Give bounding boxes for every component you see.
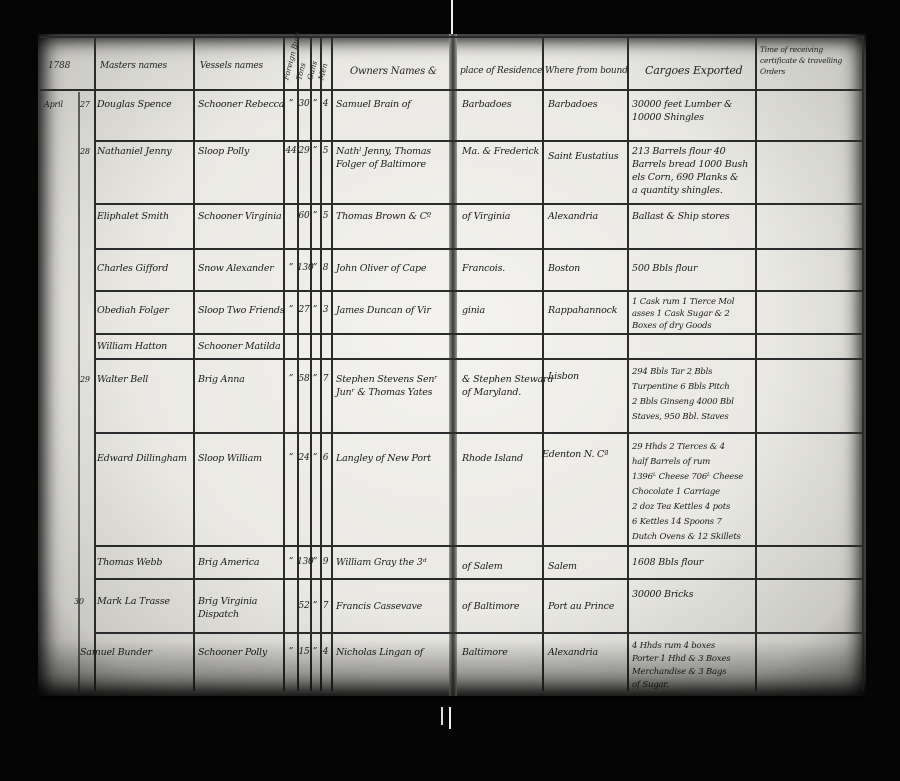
rule-right <box>862 36 864 691</box>
row-owners: Langley of New Port <box>336 452 431 465</box>
row-owners: James Duncan of Vir <box>336 304 431 317</box>
row-cargo: 213 Barrels flour 40 Barrels bread 1000 … <box>632 145 748 197</box>
row-owners: Nathˡ Jenny, Thomas Folger of Baltimore <box>336 145 431 171</box>
header-where-bound: Where from bound <box>545 65 628 78</box>
row-master: Walter Bell <box>97 373 148 386</box>
row-tons: 15 <box>298 646 310 659</box>
row-residence: Baltimore <box>462 646 508 659</box>
row-owners: John Oliver of Cape <box>336 262 426 275</box>
row-guns: ” <box>310 556 320 569</box>
row-tons: 60 <box>298 210 310 223</box>
row-built: ” <box>285 373 297 386</box>
rule-built <box>297 36 299 691</box>
row-built: ” <box>285 646 297 659</box>
row-tons: 27 <box>298 304 310 317</box>
row-men: 4 <box>320 646 331 659</box>
row-men: 9 <box>320 556 331 569</box>
row-vessel: Snow Alexander <box>198 262 274 275</box>
rule-date <box>94 36 96 691</box>
rule-tons <box>310 36 312 691</box>
row-guns: ” <box>310 145 320 158</box>
row-day: 27 <box>80 98 90 111</box>
row-residence: Barbadoes <box>462 98 511 111</box>
row-day: 28 <box>80 145 90 158</box>
row-bound: Alexandria <box>548 646 598 659</box>
row-bound: Edenton N. Cª <box>542 448 608 461</box>
row-master: Nathaniel Jenny <box>97 145 171 158</box>
row-tons: 130 <box>297 556 311 569</box>
row-residence: ginia <box>462 304 485 317</box>
row-cargo: 1 Cask rum 1 Tierce Mol asses 1 Cask Sug… <box>632 296 734 332</box>
row-residence: Francois. <box>462 262 505 275</box>
header-cargoes: Cargoes Exported <box>645 64 742 77</box>
row-residence: of Baltimore <box>462 600 519 613</box>
row-guns: ” <box>310 452 320 465</box>
row-men: 4 <box>320 98 331 111</box>
header-master: Masters names <box>100 60 167 73</box>
row-vessel: Sloop Polly <box>198 145 249 158</box>
book-gutter <box>449 34 457 696</box>
row-day: 30 <box>74 595 84 608</box>
row-tons: 130 <box>297 262 311 275</box>
row-vessel: Brig Virginia Dispatch <box>198 595 257 621</box>
rule-cargo <box>755 36 757 691</box>
row-bound: Barbadoes <box>548 98 597 111</box>
row-men: 7 <box>320 600 331 613</box>
rule-row <box>94 290 862 292</box>
row-guns: ” <box>310 210 320 223</box>
header-owners: Owners Names & <box>350 65 437 78</box>
row-bound: Salem <box>548 560 577 573</box>
rule-residence <box>542 36 544 691</box>
row-owners: Francis Cassevave <box>336 600 422 613</box>
row-men: 6 <box>320 452 331 465</box>
row-cargo: 30000 feet Lumber & 10000 Shingles <box>632 98 732 124</box>
row-built: 44 <box>285 145 297 158</box>
rule-row <box>94 203 862 205</box>
row-men: 3 <box>320 304 331 317</box>
row-built: ” <box>285 556 297 569</box>
row-cargo: 29 Hhds 2 Tierces & 4 half Barrels of ru… <box>632 440 743 545</box>
rule-row <box>94 248 862 250</box>
row-master: Douglas Spence <box>97 98 172 111</box>
row-cargo: Ballast & Ship stores <box>632 210 730 223</box>
row-men: 7 <box>320 373 331 386</box>
row-owners: Stephen Stevens Senʳ Junʳ & Thomas Yates <box>336 373 437 399</box>
row-owners: Nicholas Lingan of <box>336 646 423 659</box>
rule-row <box>94 432 862 434</box>
row-men: 8 <box>320 262 331 275</box>
row-guns: ” <box>310 373 320 386</box>
rule-row <box>94 545 862 547</box>
row-bound: Alexandria <box>548 210 598 223</box>
row-master: Eliphalet Smith <box>97 210 169 223</box>
row-owners: Thomas Brown & Cº <box>336 210 431 223</box>
row-cargo: 294 Bbls Tar 2 Bbls Turpentine 6 Bbls Pi… <box>632 365 734 425</box>
header-vessel: Vessels names <box>200 60 263 73</box>
row-master: Charles Gifford <box>97 262 168 275</box>
row-vessel: Sloop William <box>198 452 262 465</box>
rule-guns <box>320 36 322 691</box>
row-vessel: Schooner Virginia <box>198 210 282 223</box>
rule-row <box>94 333 862 335</box>
row-built: ” <box>285 304 297 317</box>
row-residence: of Virginia <box>462 210 510 223</box>
rule-row <box>94 140 862 142</box>
row-owners: William Gray the 3ᵈ <box>336 556 426 569</box>
row-built: ” <box>285 98 297 111</box>
row-vessel: Schooner Polly <box>198 646 267 659</box>
row-tons: 58 <box>298 373 310 386</box>
row-master: Obediah Folger <box>97 304 169 317</box>
rule-row <box>94 632 862 634</box>
row-bound: Lisbon <box>548 370 579 383</box>
row-bound: Saint Eustatius <box>548 150 618 163</box>
rule-header <box>40 89 862 91</box>
rule-master <box>193 36 195 691</box>
row-tons: 24 <box>298 452 310 465</box>
row-vessel: Brig America <box>198 556 259 569</box>
row-men: 5 <box>320 210 331 223</box>
rule-vessel <box>283 36 285 691</box>
row-master: Samuel Bunder <box>80 646 152 659</box>
row-tons: 52 <box>298 600 310 613</box>
row-bound: Boston <box>548 262 580 275</box>
row-residence: of Salem <box>462 560 503 573</box>
row-bound: Rappahannock <box>548 304 617 317</box>
row-residence: Rhode Island <box>462 452 523 465</box>
row-master: Thomas Webb <box>97 556 162 569</box>
row-built: ” <box>285 262 297 275</box>
row-master: Mark La Trasse <box>97 595 170 608</box>
row-vessel: Schooner Matilda <box>198 340 281 353</box>
rule-top <box>40 36 862 38</box>
row-vessel: Schooner Rebecca <box>198 98 284 111</box>
row-bound: Port au Prince <box>548 600 614 613</box>
row-men: 5 <box>320 145 331 158</box>
row-guns: ” <box>310 262 320 275</box>
header-certificate: Time of receiving certificate & travelli… <box>760 44 860 77</box>
row-residence: & Stephen Steward of Maryland. <box>462 373 553 399</box>
scan-marker-bottom-left <box>441 707 443 725</box>
row-cargo: 500 Bbls flour <box>632 262 697 275</box>
scan-marker-bottom-right <box>449 707 451 729</box>
row-built: ” <box>285 452 297 465</box>
rule-bound <box>627 36 629 691</box>
row-month: April <box>44 98 63 111</box>
row-master: Edward Dillingham <box>97 452 187 465</box>
rule-row <box>94 578 862 580</box>
rule-row <box>94 358 862 360</box>
row-residence: Ma. & Frederick <box>462 145 539 158</box>
row-tons: 29 <box>298 145 310 158</box>
row-tons: 30 <box>298 98 310 111</box>
row-vessel: Brig Anna <box>198 373 245 386</box>
row-guns: ” <box>310 646 320 659</box>
row-owners: Samuel Brain of <box>336 98 411 111</box>
header-date: 1788 <box>48 60 70 73</box>
row-guns: ” <box>310 600 320 613</box>
row-vessel: Sloop Two Friends <box>198 304 284 317</box>
row-day: 29 <box>80 373 90 386</box>
header-residence: place of Residence <box>460 65 542 78</box>
rule-men <box>331 36 333 691</box>
row-cargo: 30000 Bricks <box>632 588 693 601</box>
row-master: William Hatton <box>97 340 167 353</box>
row-guns: ” <box>310 98 320 111</box>
row-cargo: 4 Hhds rum 4 boxes Porter 1 Hhd & 3 Boxe… <box>632 640 730 692</box>
row-guns: ” <box>310 304 320 317</box>
scan-marker-top <box>451 0 453 34</box>
row-cargo: 1608 Bbls flour <box>632 556 703 569</box>
